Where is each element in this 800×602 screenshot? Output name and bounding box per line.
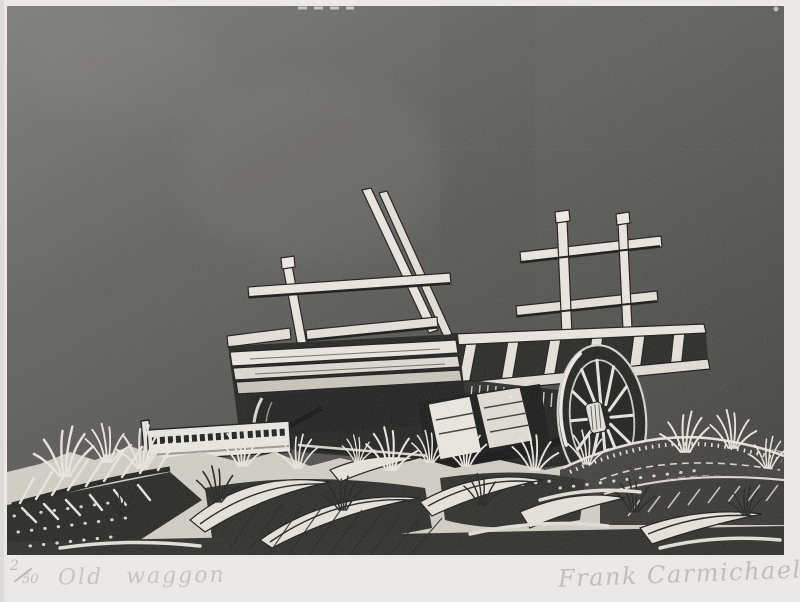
edition-numerator: 2 [10, 558, 19, 574]
edition-denominator: 50 [22, 572, 39, 587]
film-grain-overlay [7, 6, 784, 555]
edition-number: 2 50 [8, 558, 48, 596]
artwork-title: Old waggon [58, 563, 226, 591]
woodcut-print-image [0, 0, 800, 602]
photo-of-woodcut-print: 2 50 Old waggon Frank Carmichael. [0, 0, 800, 602]
